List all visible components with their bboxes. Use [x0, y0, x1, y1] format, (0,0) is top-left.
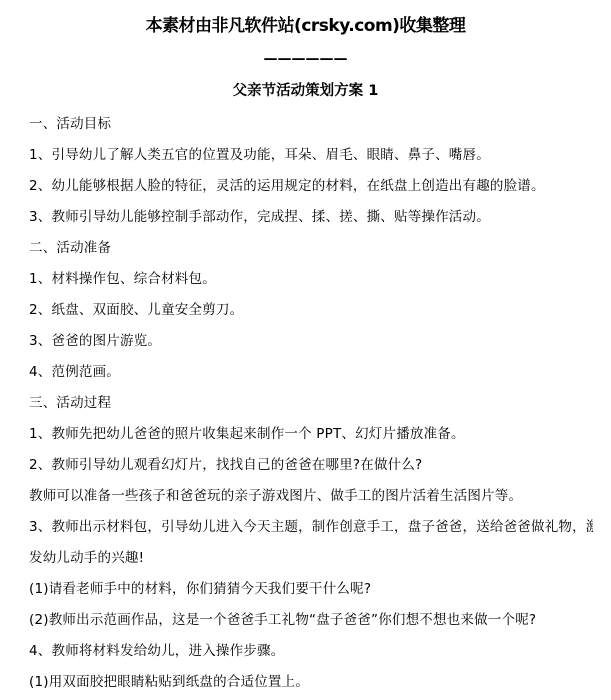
- paragraph-line: 2、教师引导幼儿观看幻灯片，找找自己的爸爸在哪里?在做什么?: [29, 450, 593, 481]
- document-subtitle: 父亲节活动策划方案 1: [0, 81, 611, 101]
- paragraph-line: 3、教师引导幼儿能够控制手部动作，完成捏、揉、搓、撕、贴等操作活动。: [29, 202, 593, 233]
- document-page: 本素材由非凡软件站(crsky.com)收集整理 —————— 父亲节活动策划方…: [0, 0, 611, 700]
- document-body: 一、活动目标 1、引导幼儿了解人类五官的位置及功能，耳朵、眉毛、眼睛、鼻子、嘴唇…: [0, 109, 611, 698]
- paragraph-line: (1)请看老师手中的材料，你们猜猜今天我们要干什么呢?: [29, 574, 593, 605]
- paragraph-line: 2、幼儿能够根据人脸的特征，灵活的运用规定的材料，在纸盘上创造出有趣的脸谱。: [29, 171, 593, 202]
- paragraph-line: 2、纸盘、双面胶、儿童安全剪刀。: [29, 295, 593, 326]
- section-heading: 一、活动目标: [29, 109, 593, 140]
- paragraph-line: 发幼儿动手的兴趣!: [29, 543, 593, 574]
- paragraph-line: 4、教师将材料发给幼儿，进入操作步骤。: [29, 636, 593, 667]
- divider: ——————: [0, 49, 611, 69]
- paragraph-line: 3、爸爸的图片游览。: [29, 326, 593, 357]
- paragraph-line: 1、教师先把幼儿爸爸的照片收集起来制作一个 PPT、幻灯片播放准备。: [29, 419, 593, 450]
- section-heading: 三、活动过程: [29, 388, 593, 419]
- paragraph-line: (1)用双面胶把眼睛粘贴到纸盘的合适位置上。: [29, 667, 593, 698]
- paragraph-line: (2)教师出示范画作品，这是一个爸爸手工礼物“盘子爸爸”你们想不想也来做一个呢?: [29, 605, 593, 636]
- paragraph-line: 1、引导幼儿了解人类五官的位置及功能，耳朵、眉毛、眼睛、鼻子、嘴唇。: [29, 140, 593, 171]
- paragraph-line: 1、材料操作包、综合材料包。: [29, 264, 593, 295]
- paragraph-line: 3、教师出示材料包，引导幼儿进入今天主题，制作创意手工，盘子爸爸，送给爸爸做礼物…: [29, 512, 593, 543]
- section-heading: 二、活动准备: [29, 233, 593, 264]
- paragraph-line: 4、范例范画。: [29, 357, 593, 388]
- document-title: 本素材由非凡软件站(crsky.com)收集整理: [0, 16, 611, 37]
- paragraph-line: 教师可以准备一些孩子和爸爸玩的亲子游戏图片、做手工的图片活着生活图片等。: [29, 481, 593, 512]
